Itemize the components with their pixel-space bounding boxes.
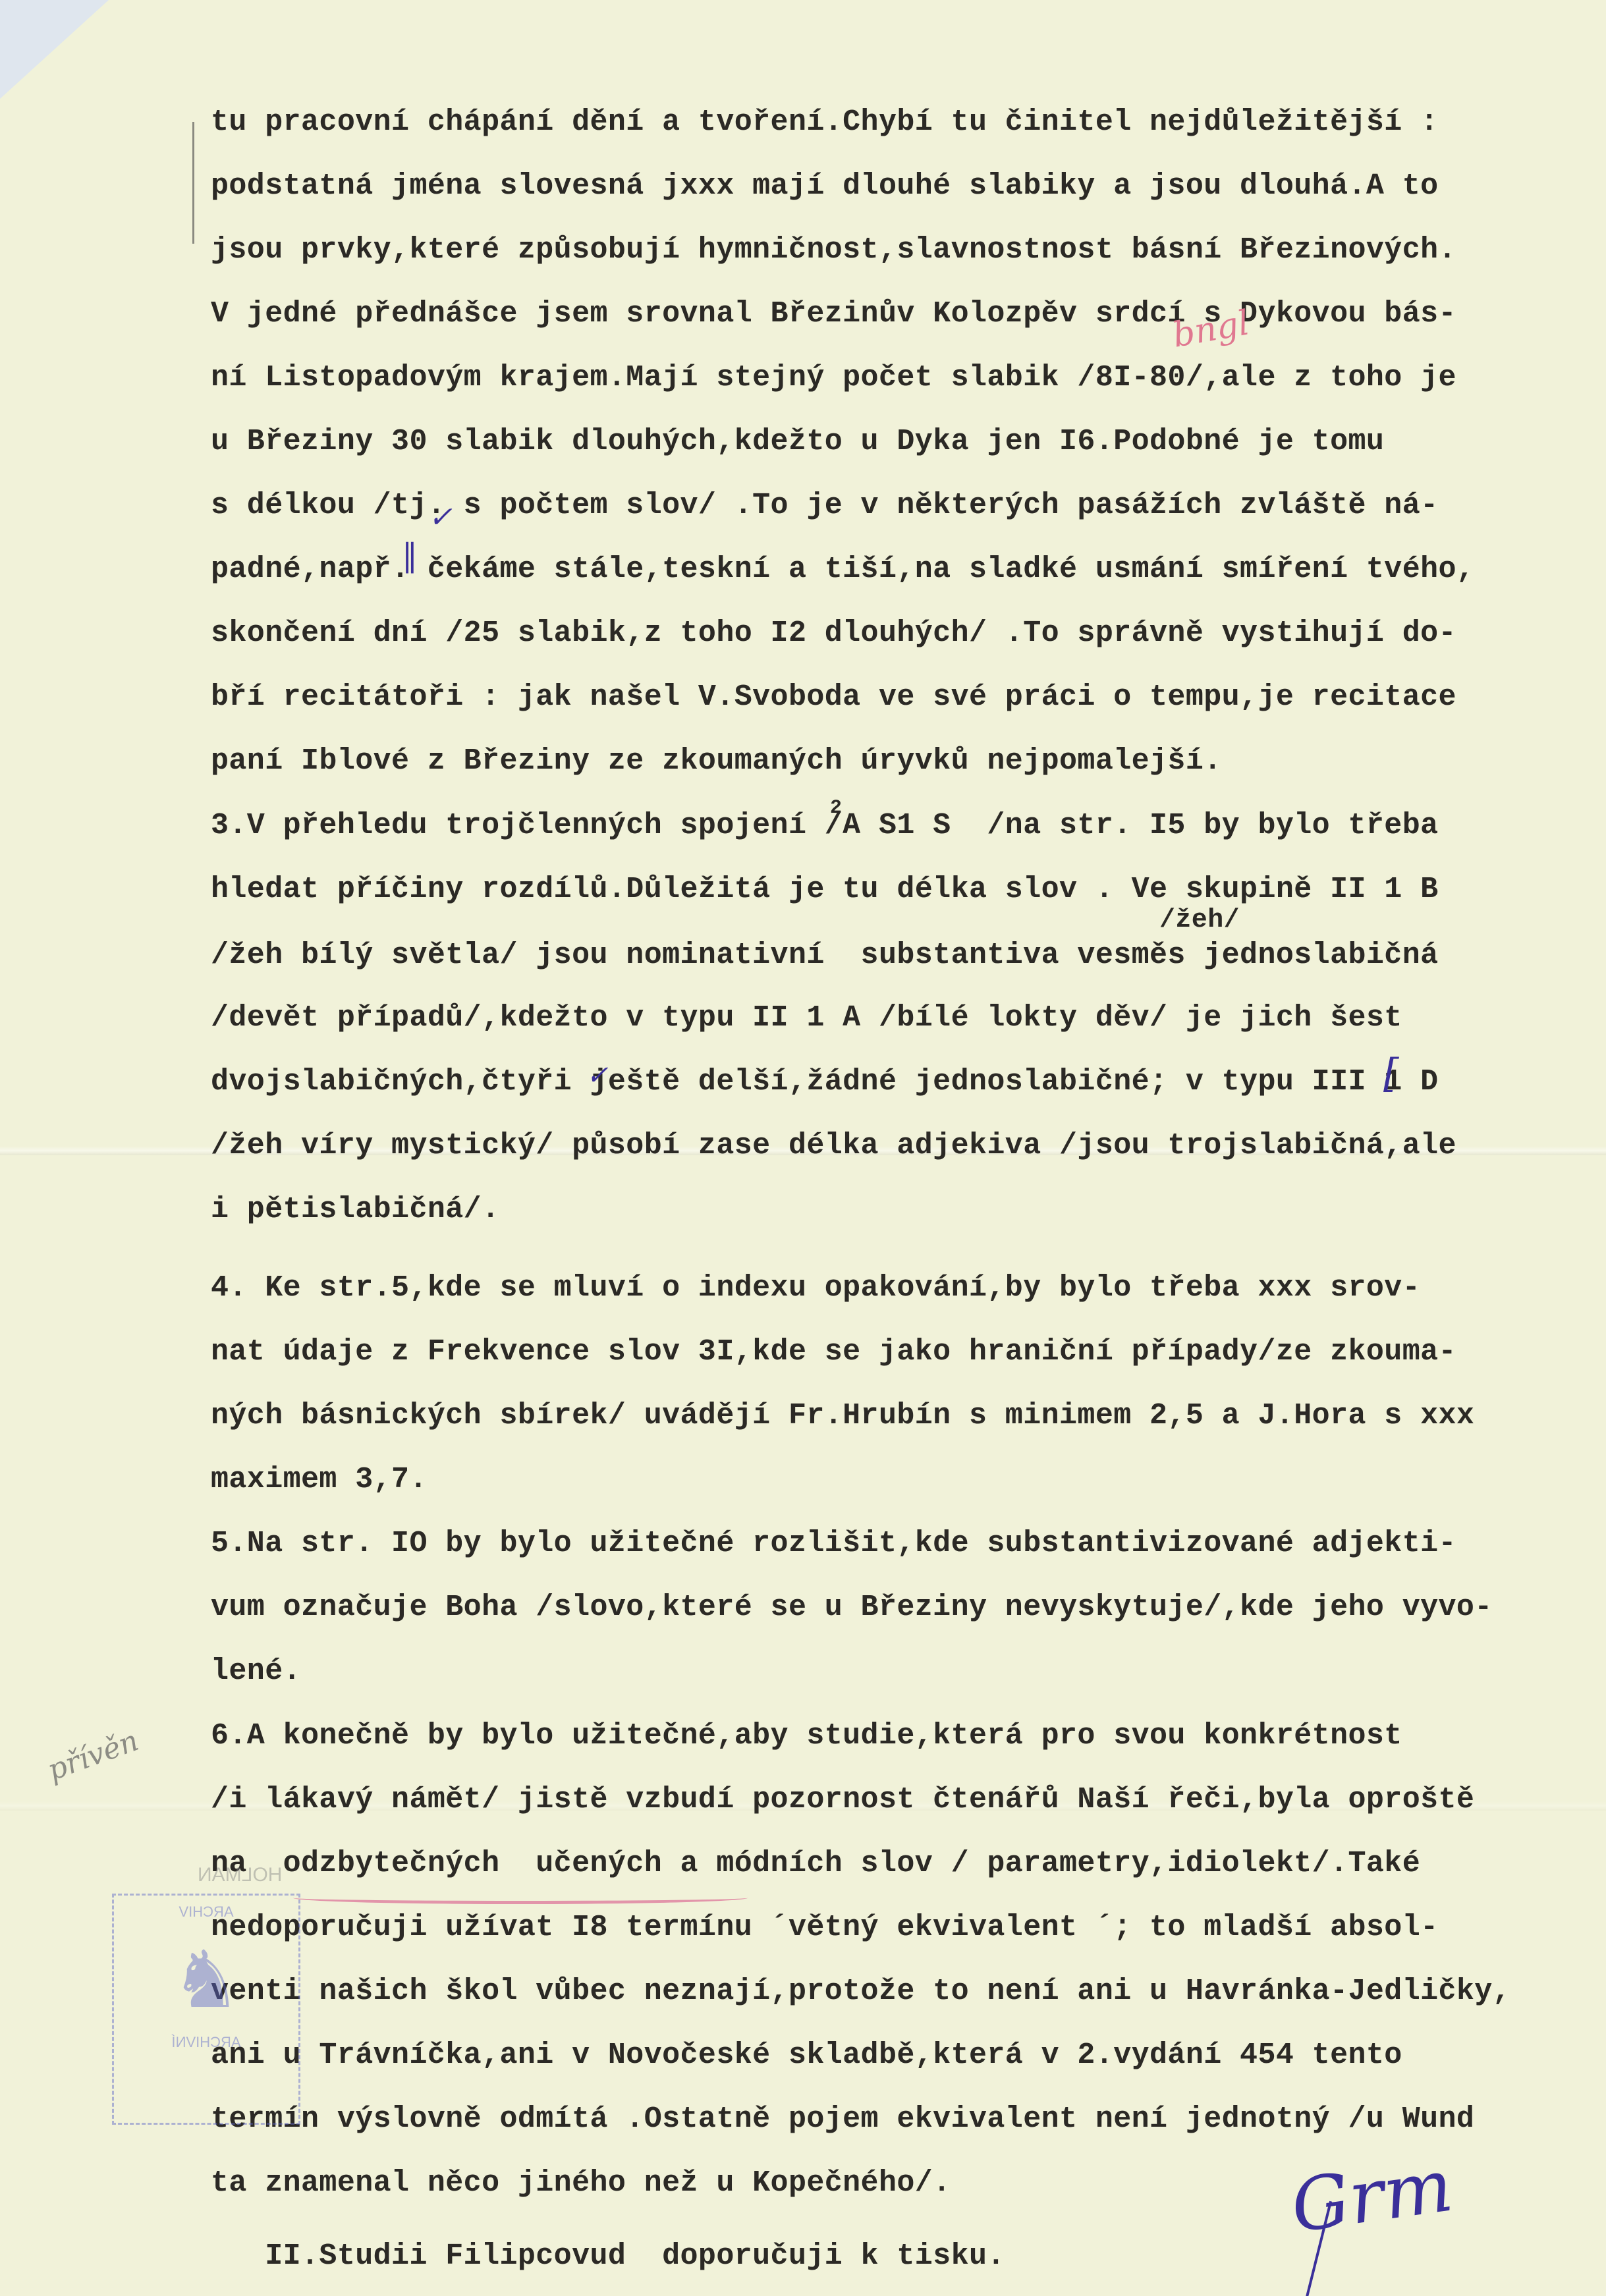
stamp-text: ARCHIV — [114, 1903, 298, 1921]
interlinear-insert: /žeh/ — [1159, 906, 1240, 935]
text-line: /žeh bílý světla/ jsou nominativní subst… — [211, 939, 1439, 972]
pink-underline — [293, 1892, 748, 1904]
document-page: tu pracovní chápání dění a tvoření.Chybí… — [0, 0, 1606, 2296]
text-line: paní Iblové z Březiny ze zkoumaných úryv… — [211, 744, 1222, 778]
margin-line — [192, 122, 194, 244]
text-line: /i lákavý námět/ jistě vzbudí pozornost … — [211, 1783, 1474, 1817]
text-line: u Březiny 30 slabik dlouhých,kdežto u Dy… — [211, 425, 1384, 458]
superscript: 2 — [830, 797, 842, 819]
text-line: ní Listopadovým krajem.Mají stejný počet… — [211, 361, 1456, 395]
text-line: ných básnických sbírek/ uvádějí Fr.Hrubí… — [211, 1399, 1474, 1433]
check-mark-icon: ✓ — [586, 1060, 609, 1091]
correction-bracket-icon: [ — [1383, 1051, 1398, 1097]
text-line: bří recitátoři : jak našel V.Svoboda ve … — [211, 680, 1456, 714]
text-line: lené. — [211, 1654, 301, 1688]
text-line: podstatná jména slovesná jxxx mají dlouh… — [211, 169, 1439, 203]
text-line: hledat příčiny rozdílů.Důležitá je tu dé… — [211, 873, 1439, 906]
text-line: s délkou /tj. s počtem slov/ .To je v ně… — [211, 489, 1439, 522]
stamp-text: ARCHIVNÍ — [114, 2034, 298, 2051]
text-line: na odzbytečných učených a módních slov /… — [211, 1847, 1420, 1880]
text-line: padné,např. čekáme stále,teskní a tiší,n… — [211, 553, 1474, 586]
text-line: maximem 3,7. — [211, 1463, 428, 1496]
margin-note: přívěn — [43, 1724, 143, 1788]
text-line: i pětislabičná/. — [211, 1193, 499, 1226]
text-line: termín výslovně odmítá .Ostatně pojem ek… — [211, 2102, 1474, 2136]
archive-stamp: ARCHIV ♞ ARCHIVNÍ — [112, 1894, 300, 2125]
text-line: tu pracovní chápání dění a tvoření.Chybí… — [211, 105, 1439, 139]
text-line: dvojslabičných,čtyři ještě delší,žádné j… — [211, 1065, 1439, 1099]
emblem-icon: ♞ — [114, 1934, 298, 2026]
text-line: V jedné přednášce jsem srovnal Březinův … — [211, 297, 1456, 331]
text-line: vum označuje Boha /slovo,které se u Břez… — [211, 1591, 1493, 1624]
text-line: 4. Ke str.5,kde se mluví o indexu opakov… — [211, 1271, 1420, 1305]
text-line: 6.A konečně by bylo užitečné,aby studie,… — [211, 1719, 1402, 1753]
text-line: nedoporučuji užívat I8 termínu ´větný ek… — [211, 1911, 1439, 1944]
text-line: ani u Trávníčka,ani v Novočeské skladbě,… — [211, 2038, 1402, 2072]
text-line: venti našich škol vůbec neznají,protože … — [211, 1975, 1510, 2008]
correction-mark-icon: ‖ — [402, 537, 418, 574]
ghost-stamp-text: HOLMAN — [198, 1864, 282, 1886]
text-line: 3.V přehledu trojčlenných spojení /A S1 … — [211, 809, 1439, 842]
text-line: 5.Na str. IO by bylo užitečné rozlišit,k… — [211, 1527, 1456, 1560]
signature: Grm — [1286, 2143, 1457, 2249]
text-line: /žeh víry mystický/ působí zase délka ad… — [211, 1129, 1456, 1162]
text-line: II.Studii Filipcovud doporučuji k tisku. — [211, 2239, 1005, 2273]
text-line: skončení dní /25 slabik,z toho I2 dlouhý… — [211, 616, 1456, 650]
text-line: ta znamenal něco jiného než u Kopečného/… — [211, 2166, 951, 2200]
text-line: /devět případů/,kdežto v typu II 1 A /bí… — [211, 1001, 1402, 1035]
text-line: nat údaje z Frekvence slov 3I,kde se jak… — [211, 1335, 1456, 1369]
text-line: jsou prvky,které způsobují hymničnost,sl… — [211, 233, 1456, 267]
check-mark-icon: ✓ — [428, 501, 453, 534]
